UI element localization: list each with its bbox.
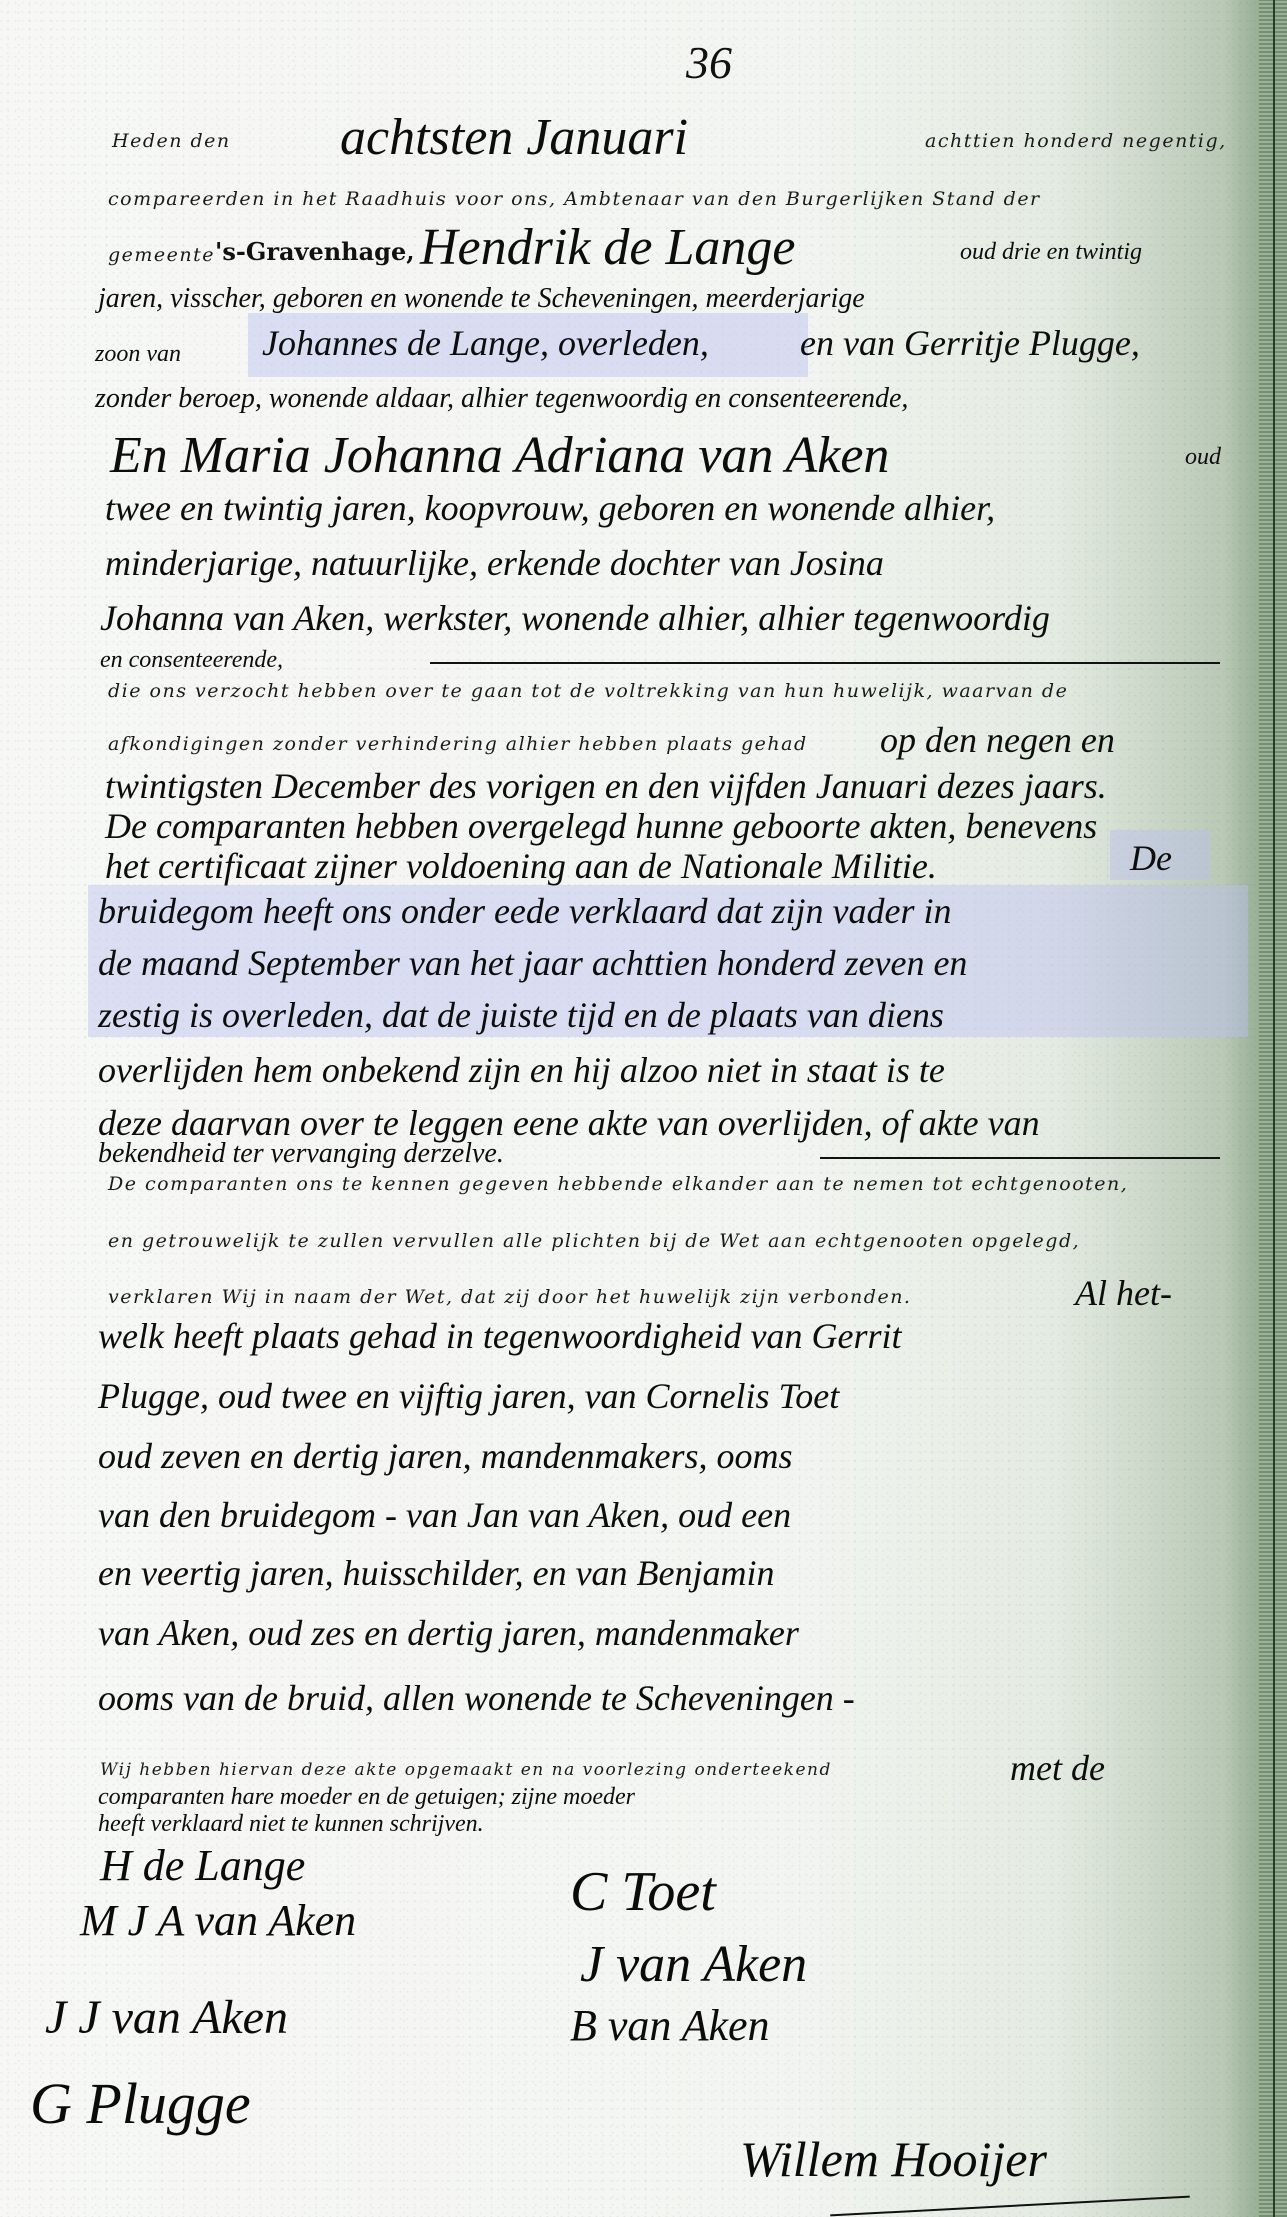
printed-text: Heden den <box>112 132 231 151</box>
signature-bride-mother: J J van Aken <box>45 1990 288 2045</box>
handwritten-text-highlighted: de maand September van het jaar achttien… <box>98 945 967 981</box>
page-number: 36 <box>686 40 732 86</box>
handwritten-text: en van Gerritje Plugge, <box>800 325 1140 361</box>
handwritten-text: op den negen en <box>880 722 1115 758</box>
handwritten-text: minderjarige, natuurlijke, erkende docht… <box>105 545 884 581</box>
handwritten-text: ooms van de bruid, allen wonende te Sche… <box>98 1680 855 1716</box>
signature-witness-benjamin-van-aken: B van Aken <box>570 2000 770 2051</box>
signature-bride: M J A van Aken <box>80 1895 356 1946</box>
handwritten-text: comparanten hare moeder en de getuigen; … <box>98 1785 635 1809</box>
handwritten-text: twee en twintig jaren, koopvrouw, gebore… <box>105 490 995 526</box>
filler-line <box>820 1157 1220 1159</box>
handwritten-date: achtsten Januari <box>340 112 688 164</box>
handwritten-text: het certificaat zijner voldoening aan de… <box>105 848 937 884</box>
handwritten-father-name: Johannes de Lange, overleden, <box>262 325 709 361</box>
handwritten-text: twintigsten December des vorigen en den … <box>105 768 1107 804</box>
printed-text: achttien honderd negentig, <box>925 132 1227 151</box>
signature-witness-jan-van-aken: J van Aken <box>580 1935 807 1994</box>
handwritten-text: deze daarvan over te leggen eene akte va… <box>98 1105 1040 1141</box>
scanned-document-page: 36 Heden den achtsten Januari achttien h… <box>0 0 1287 2217</box>
handwritten-text: bekendheid ter vervanging derzelve. <box>98 1140 504 1168</box>
printed-text: gemeente <box>108 246 215 265</box>
printed-text: De comparanten ons te kennen gegeven heb… <box>108 1175 1128 1194</box>
handwritten-bride-name: En Maria Johanna Adriana van Aken <box>110 430 889 482</box>
printed-text: verklaren Wij in naam der Wet, dat zij d… <box>108 1288 911 1307</box>
handwritten-text: met de <box>1010 1750 1105 1786</box>
handwritten-text: jaren, visscher, geboren en wonende te S… <box>98 285 865 313</box>
signature-groom: H de Lange <box>100 1840 305 1891</box>
handwritten-text: oud drie en twintig <box>960 240 1142 264</box>
filler-line <box>430 662 1220 664</box>
handwritten-text: van Aken, oud zes en dertig jaren, mande… <box>98 1615 799 1651</box>
handwritten-text-highlighted: zestig is overleden, dat de juiste tijd … <box>98 997 944 1033</box>
printed-text: die ons verzocht hebben over te gaan tot… <box>108 682 1068 701</box>
printed-text: Wij hebben hiervan deze akte opgemaakt e… <box>100 1762 832 1779</box>
handwritten-text: en consenteerende, <box>100 648 283 672</box>
handwritten-text-highlighted: bruidegom heeft ons onder eede verklaard… <box>98 893 952 929</box>
printed-text: afkondigingen zonder verhindering alhier… <box>108 735 808 754</box>
page-binding-line <box>1273 0 1275 2217</box>
handwritten-text: Al het- <box>1075 1275 1172 1311</box>
handwritten-text: Johanna van Aken, werkster, wonende alhi… <box>100 600 1050 636</box>
printed-text: compareerden in het Raadhuis voor ons, A… <box>108 190 1041 209</box>
handwritten-text: heeft verklaard niet te kunnen schrijven… <box>98 1812 484 1836</box>
handwritten-text: zoon van <box>95 342 181 366</box>
handwritten-text: oud zeven en dertig jaren, mandenmakers,… <box>98 1438 793 1474</box>
handwritten-text: overlijden hem onbekend zijn en hij alzo… <box>98 1052 945 1088</box>
handwritten-text: van den bruidegom - van Jan van Aken, ou… <box>98 1497 791 1533</box>
registrar-signature-underline <box>830 2196 1190 2217</box>
handwritten-groom-name: Hendrik de Lange <box>420 222 795 274</box>
handwritten-text: oud <box>1185 445 1221 469</box>
handwritten-text: De comparanten hebben overgelegd hunne g… <box>105 808 1097 844</box>
handwritten-text: welk heeft plaats gehad in tegenwoordigh… <box>98 1318 902 1354</box>
signature-registrar: Willem Hooijer <box>740 2130 1047 2188</box>
printed-municipality: 's-Gravenhage, <box>215 240 415 264</box>
printed-text: en getrouwelijk te zullen vervullen alle… <box>108 1232 1080 1251</box>
handwritten-text-highlighted: De <box>1130 840 1172 876</box>
signature-witness-toet: C Toet <box>570 1860 716 1924</box>
handwritten-text: en veertig jaren, huisschilder, en van B… <box>98 1555 775 1591</box>
signature-witness-plugge: G Plugge <box>30 2070 251 2137</box>
handwritten-text: Plugge, oud twee en vijftig jaren, van C… <box>98 1378 839 1414</box>
handwritten-text: zonder beroep, wonende aldaar, alhier te… <box>95 385 908 413</box>
